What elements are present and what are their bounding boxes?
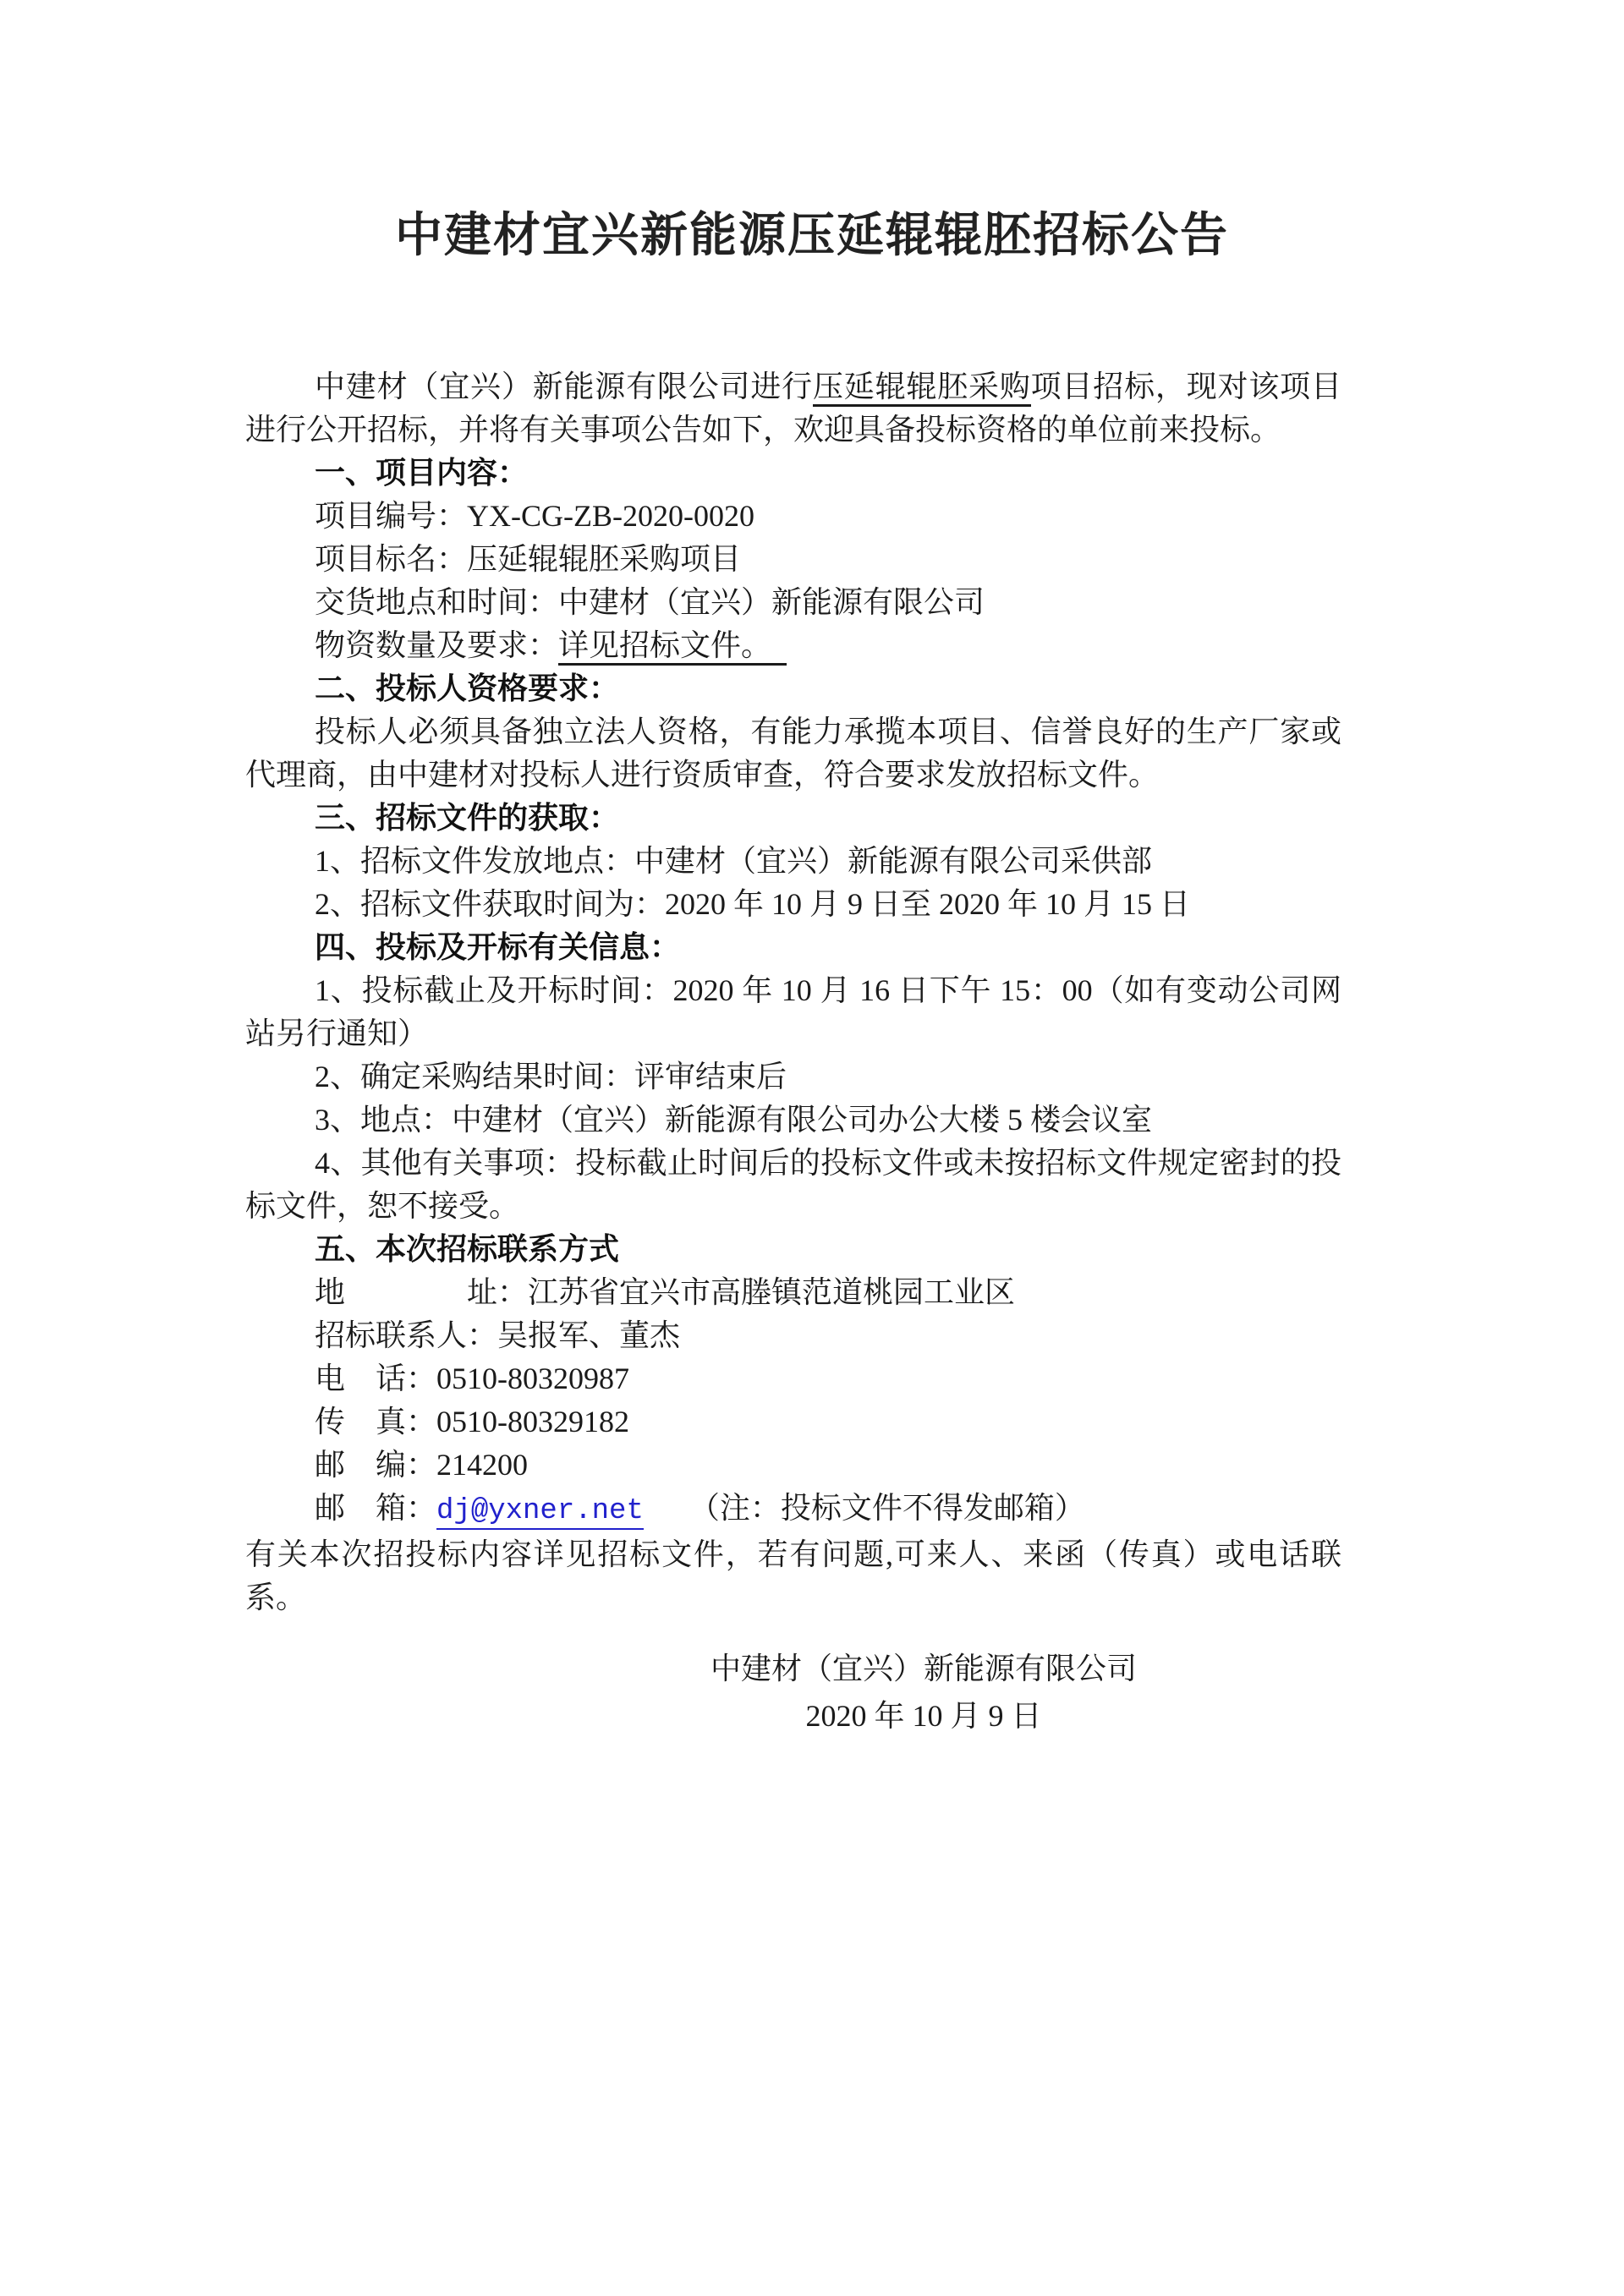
text-run: 邮 箱： — [315, 1491, 436, 1525]
paragraph: 项目编号：YX-CG-ZB-2020-0020 — [245, 495, 1341, 538]
text-run: 交货地点和时间：中建材（宜兴）新能源有限公司 — [315, 585, 985, 619]
text-run: 项目标名：压延辊辊胚采购项目 — [315, 542, 741, 576]
paragraph: 电 话：0510-80320987 — [245, 1357, 1341, 1400]
text-run: 传 真：0510-80329182 — [315, 1405, 629, 1438]
paragraph: 项目标名：压延辊辊胚采购项目 — [245, 538, 1341, 581]
section-heading: 五、本次招标联系方式 — [245, 1228, 1341, 1271]
text-run: 中建材（宜兴）新能源有限公司进行 — [315, 370, 813, 403]
document-page: 中建材宜兴新能源压延辊辊胚招标公告 中建材（宜兴）新能源有限公司进行压延辊辊胚采… — [0, 0, 1624, 2296]
text-run: 项目编号：YX-CG-ZB-2020-0020 — [315, 499, 754, 533]
paragraph: 交货地点和时间：中建材（宜兴）新能源有限公司 — [245, 581, 1341, 624]
text-run: 二、投标人资格要求： — [315, 671, 619, 706]
signature-date: 2020 年 10 月 9 日 — [628, 1692, 1220, 1740]
paragraph: 2、确定采购结果时间：评审结束后 — [245, 1055, 1341, 1099]
signature-block: 中建材（宜兴）新能源有限公司 2020 年 10 月 9 日 — [628, 1645, 1220, 1740]
paragraph: 1、招标文件发放地点：中建材（宜兴）新能源有限公司采供部 — [245, 840, 1341, 883]
paragraph: 3、地点：中建材（宜兴）新能源有限公司办公大楼 5 楼会议室 — [245, 1099, 1341, 1142]
text-run: 电 话：0510-80320987 — [315, 1362, 629, 1395]
paragraph: 1、投标截止及开标时间：2020 年 10 月 16 日下午 15：00（如有变… — [245, 969, 1341, 1055]
text-run: 招标联系人：吴报军、董杰 — [315, 1318, 680, 1352]
paragraph: 邮 箱：dj@yxner.net （注：投标文件不得发邮箱） — [245, 1487, 1341, 1533]
text-run: 有关本次招投标内容详见招标文件，若有问题,可来人、来函（传真）或电话联系。 — [245, 1537, 1341, 1614]
section-heading: 二、投标人资格要求： — [245, 667, 1341, 710]
section-heading: 三、招标文件的获取： — [245, 797, 1341, 840]
section-heading: 四、投标及开标有关信息： — [245, 926, 1341, 969]
page-title: 中建材宜兴新能源压延辊辊胚招标公告 — [0, 0, 1624, 260]
paragraph: 地 址：江苏省宜兴市高塍镇范道桃园工业区 — [245, 1271, 1341, 1314]
underlined-text: 详见招标文件。 — [558, 628, 787, 666]
paragraph: 投标人必须具备独立法人资格，有能力承揽本项目、信誉良好的生产厂家或代理商，由中建… — [245, 710, 1341, 797]
paragraph: 招标联系人：吴报军、董杰 — [245, 1314, 1341, 1357]
text-run: 1、招标文件发放地点：中建材（宜兴）新能源有限公司采供部 — [315, 844, 1152, 878]
underlined-text: 压延辊辊胚采购 — [813, 370, 1031, 407]
text-run: 四、投标及开标有关信息： — [315, 930, 680, 965]
section-heading: 一、项目内容： — [245, 452, 1341, 495]
paragraph: 物资数量及要求：详见招标文件。 — [245, 624, 1341, 667]
paragraph: 中建材（宜兴）新能源有限公司进行压延辊辊胚采购项目招标，现对该项目进行公开招标，… — [245, 365, 1341, 452]
paragraph: 4、其他有关事项：投标截止时间后的投标文件或未按招标文件规定密封的投标文件，恕不… — [245, 1142, 1341, 1228]
text-run: （注：投标文件不得发邮箱） — [644, 1491, 1085, 1525]
text-run: 邮 编：214200 — [315, 1448, 528, 1482]
email-link[interactable]: dj@yxner.net — [436, 1495, 644, 1530]
text-run: 1、投标截止及开标时间：2020 年 10 月 16 日下午 15：00（如有变… — [245, 973, 1341, 1050]
paragraph: 邮 编：214200 — [245, 1444, 1341, 1487]
signature-company: 中建材（宜兴）新能源有限公司 — [628, 1645, 1220, 1692]
text-run: 五、本次招标联系方式 — [315, 1232, 619, 1267]
text-run: 三、招标文件的获取： — [315, 801, 619, 836]
text-run: 一、项目内容： — [315, 456, 528, 490]
paragraph: 有关本次招投标内容详见招标文件，若有问题,可来人、来函（传真）或电话联系。 — [245, 1533, 1341, 1619]
paragraph: 传 真：0510-80329182 — [245, 1400, 1341, 1444]
text-run: 地 址：江苏省宜兴市高塍镇范道桃园工业区 — [315, 1275, 1015, 1309]
text-run: 3、地点：中建材（宜兴）新能源有限公司办公大楼 5 楼会议室 — [315, 1103, 1152, 1137]
document-body: 中建材（宜兴）新能源有限公司进行压延辊辊胚采购项目招标，现对该项目进行公开招标，… — [245, 365, 1341, 1740]
text-run: 投标人必须具备独立法人资格，有能力承揽本项目、信誉良好的生产厂家或代理商，由中建… — [245, 715, 1341, 792]
text-run: 4、其他有关事项：投标截止时间后的投标文件或未按招标文件规定密封的投标文件，恕不… — [245, 1146, 1341, 1223]
paragraph: 2、招标文件获取时间为：2020 年 10 月 9 日至 2020 年 10 月… — [245, 883, 1341, 926]
text-run: 2、确定采购结果时间：评审结束后 — [315, 1060, 787, 1093]
text-run: 物资数量及要求： — [315, 628, 558, 662]
text-run: 2、招标文件获取时间为：2020 年 10 月 9 日至 2020 年 10 月… — [315, 887, 1190, 921]
